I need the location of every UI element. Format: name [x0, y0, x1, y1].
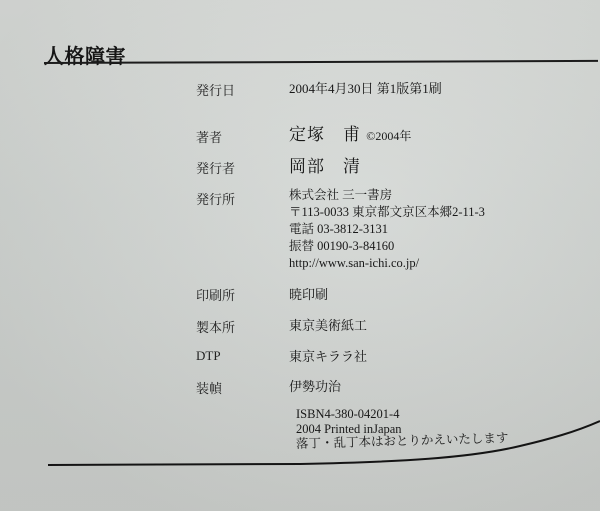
binder-label: 製本所	[196, 317, 235, 336]
isbn: ISBN4-380-04201-4	[296, 407, 509, 422]
publisher-company: 株式会社 三一書房	[289, 187, 485, 204]
printer-label: 印刷所	[196, 285, 235, 304]
printer-value: 暁印刷	[289, 284, 328, 303]
design-value: 伊勢功治	[289, 376, 341, 395]
footer-block: ISBN4-380-04201-4 2004 Printed inJapan 落…	[296, 407, 509, 452]
author-copyright: ©2004年	[366, 129, 411, 143]
publish-date-label: 発行日	[196, 80, 235, 99]
design-label: 装幀	[196, 378, 222, 397]
dtp-value: 東京キララ社	[289, 346, 367, 365]
publisher-person-label: 発行者	[196, 158, 235, 177]
binder-value: 東京美術紙工	[289, 315, 367, 334]
author-label: 著者	[196, 127, 222, 146]
publisher-url: http://www.san-ichi.co.jp/	[289, 255, 485, 272]
publisher-person-value: 岡部 清	[289, 152, 361, 177]
author-value: 定塚 甫 ©2004年	[289, 120, 411, 145]
book-title: 人格障害	[44, 40, 126, 69]
top-rule-divider	[44, 60, 598, 64]
publisher-address: 〒113-0033 東京都文京区本郷2-11-3	[289, 204, 485, 221]
publisher-transfer: 振替 00190-3-84160	[289, 238, 485, 255]
publisher-details: 株式会社 三一書房 〒113-0033 東京都文京区本郷2-11-3 電話 03…	[289, 187, 485, 272]
dtp-label: DTP	[196, 348, 221, 364]
publish-date-value: 2004年4月30日 第1版第1刷	[289, 78, 442, 97]
publisher-label: 発行所	[196, 189, 235, 208]
publisher-phone: 電話 03-3812-3131	[289, 221, 485, 238]
author-name: 定塚 甫	[289, 125, 361, 144]
